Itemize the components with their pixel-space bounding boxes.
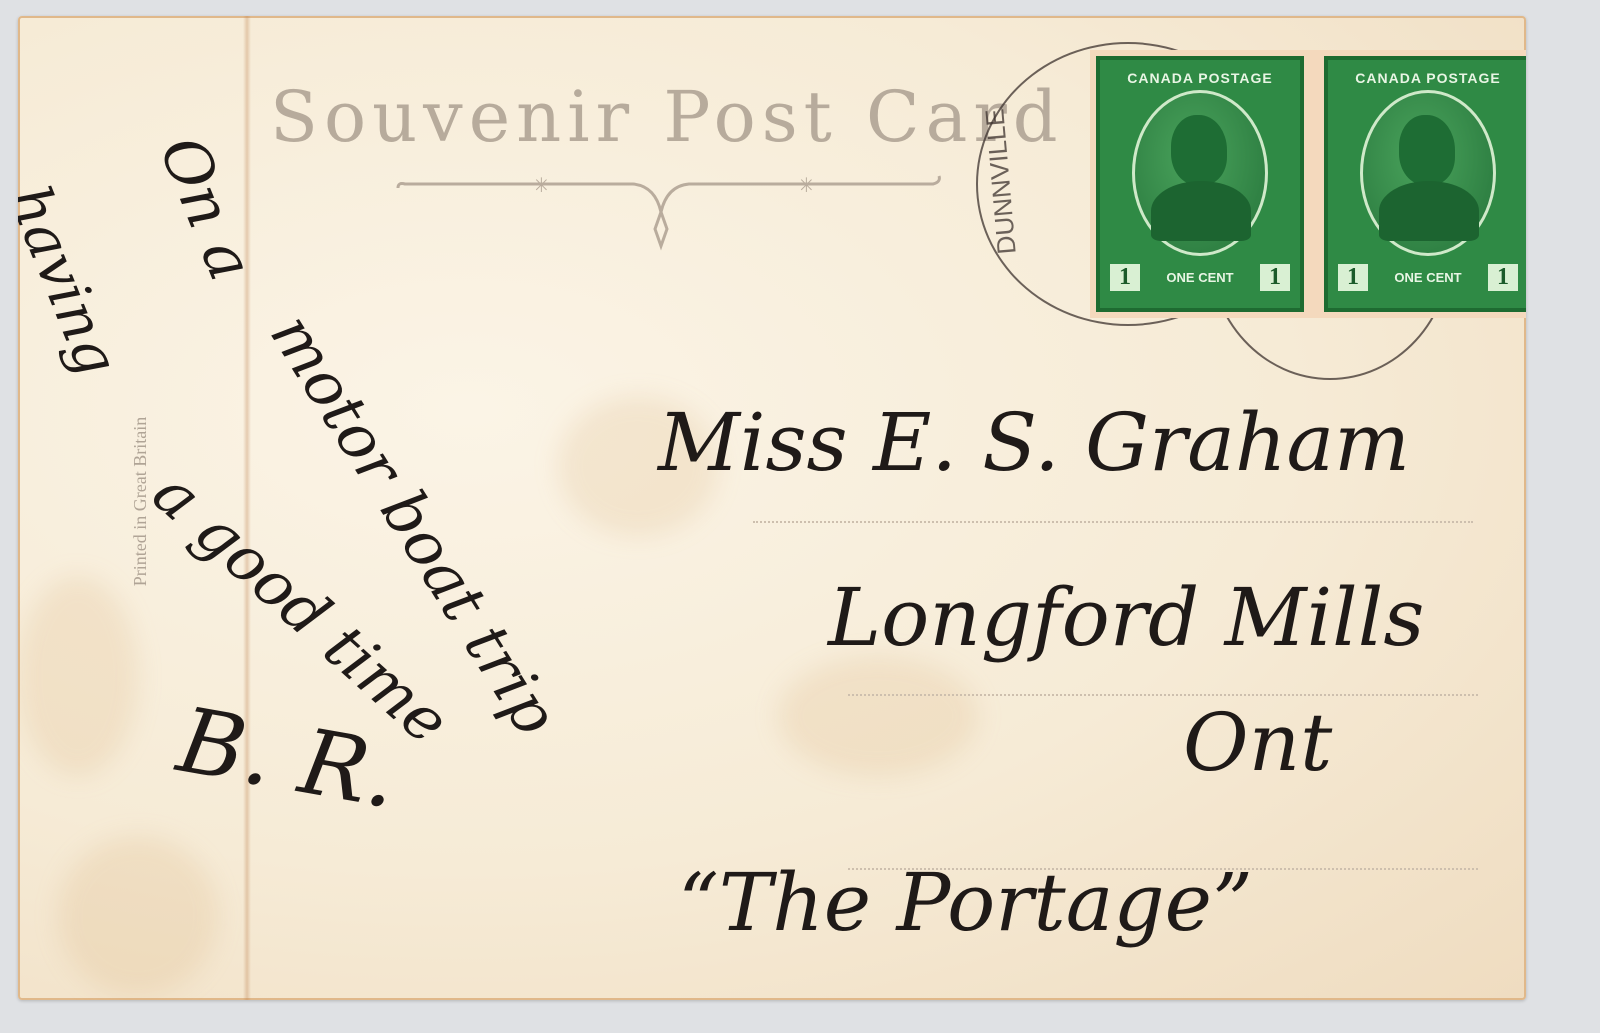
address-town: Longford Mills [828, 571, 1424, 664]
postcard: Souvenir Post Card ✳ ✳ Printed in Great … [18, 16, 1526, 1000]
stamp-pair: CANADA POSTAGE 1 ONE CENT 1 CANADA POSTA… [1090, 50, 1526, 318]
stamp: CANADA POSTAGE 1 ONE CENT 1 [1096, 56, 1304, 312]
address-line [848, 694, 1478, 696]
card-header: Souvenir Post Card [270, 76, 1064, 158]
address-province: Ont [1183, 696, 1332, 789]
header-ornament: ✳ ✳ [393, 174, 943, 274]
stamp: CANADA POSTAGE 1 ONE CENT 1 [1324, 56, 1526, 312]
address-residence: “The Portage” [678, 856, 1253, 949]
address-line [753, 521, 1473, 523]
svg-text:✳: ✳ [533, 175, 550, 197]
address-name: Miss E. S. Graham [658, 396, 1410, 489]
king-portrait [1360, 90, 1496, 256]
svg-text:✳: ✳ [798, 175, 815, 197]
message-line: having [18, 176, 132, 385]
king-portrait [1132, 90, 1268, 256]
